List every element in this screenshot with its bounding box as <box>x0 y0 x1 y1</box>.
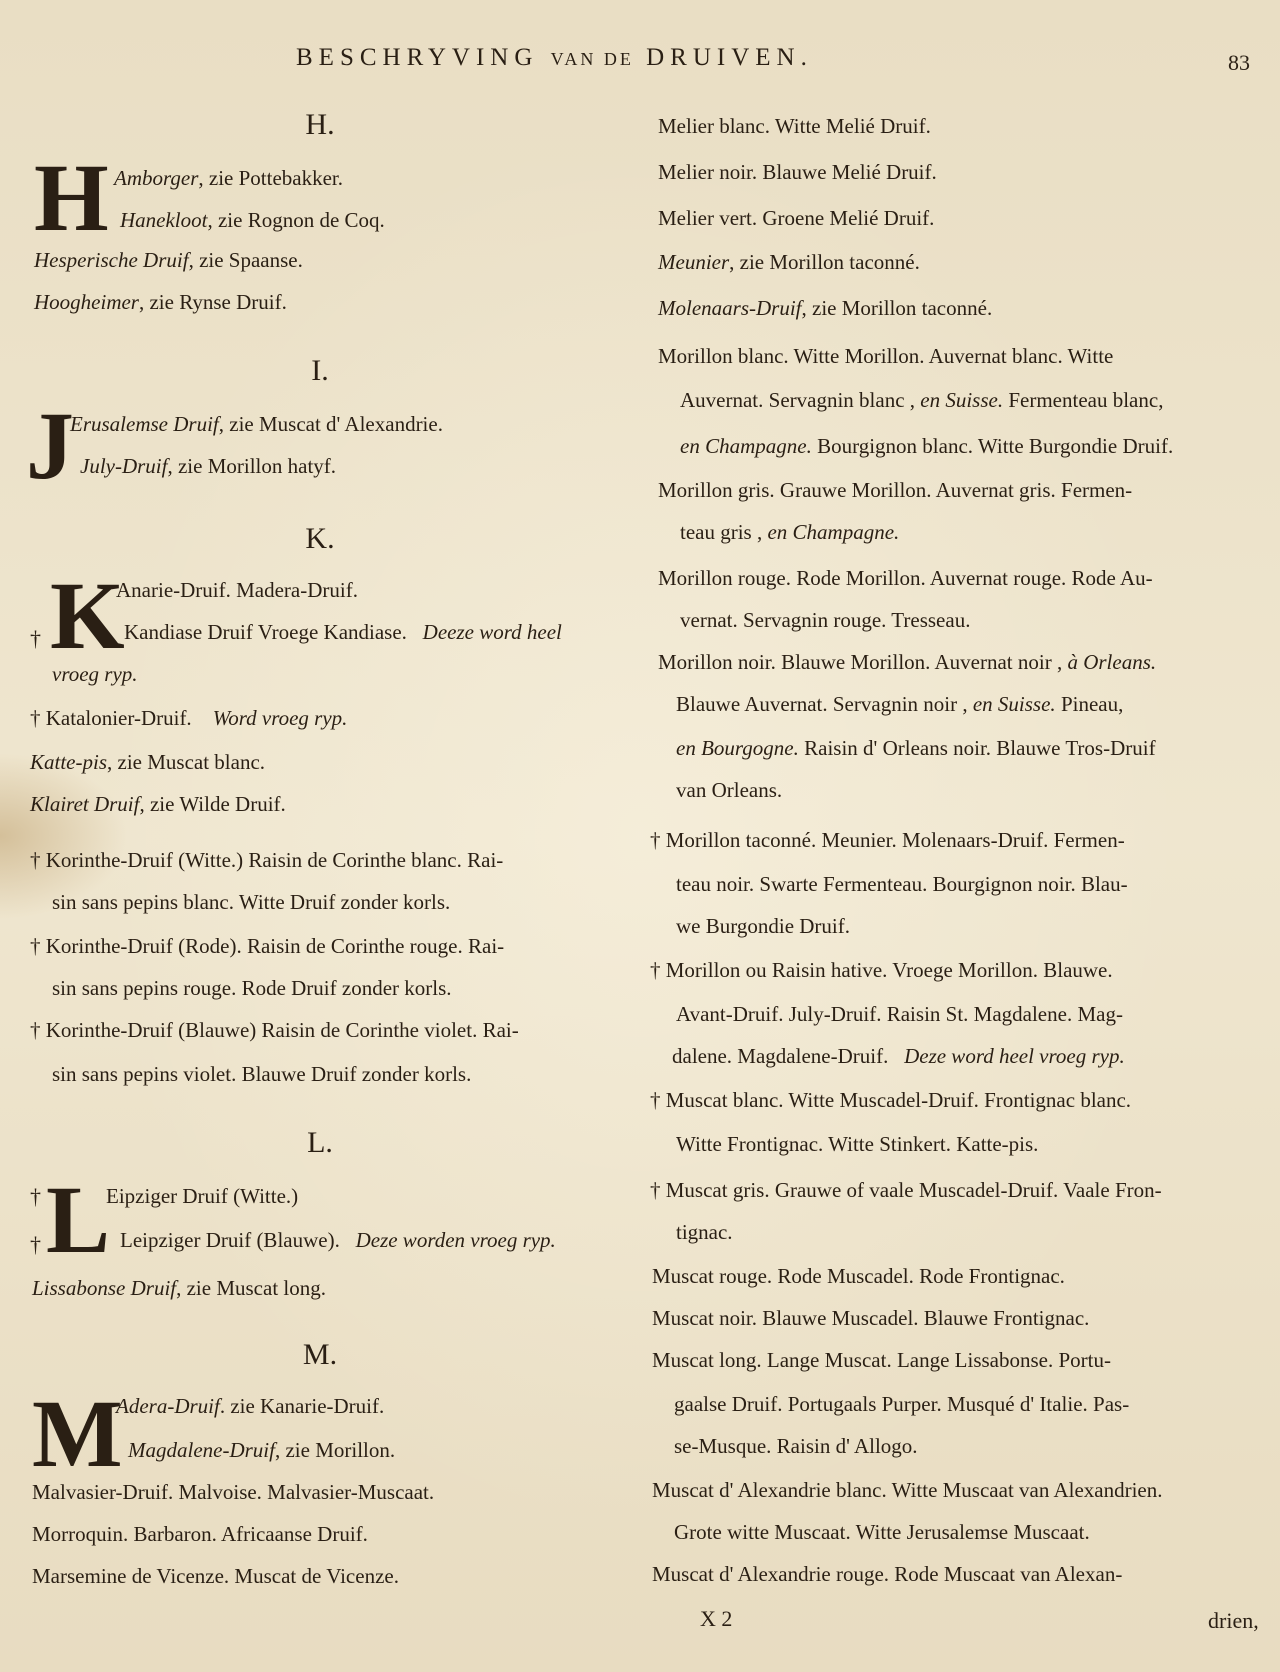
entry: Kandiase Druif Vroege Kandiase. Deeze wo… <box>124 618 562 646</box>
dropcap-j: J <box>26 406 74 486</box>
entry: Muscat d' Alexandrie rouge. Rode Muscaat… <box>652 1560 1122 1588</box>
entry-text: Morillon ou Raisin hative. Vroege Morill… <box>666 958 1113 982</box>
entry: Melier noir. Blauwe Melié Druif. <box>658 158 937 186</box>
entry: Magdalene-Druif, zie Morillon. <box>128 1436 395 1464</box>
entry: Morillon rouge. Rode Morillon. Auvernat … <box>658 564 1153 592</box>
entry: Eipziger Druif (Witte.) <box>106 1182 298 1210</box>
entry-term: Meunier <box>658 250 729 274</box>
entry: Muscat long. Lange Muscat. Lange Lissabo… <box>652 1346 1111 1374</box>
entry: Morillon noir. Blauwe Morillon. Auvernat… <box>658 648 1156 676</box>
dagger-mark: † <box>650 828 661 852</box>
entry: Hoogheimer, zie Rynse Druif. <box>34 288 287 316</box>
dagger-mark: † <box>30 706 41 730</box>
section-heading-i: I. <box>0 354 640 388</box>
running-title: BESCHRYVING VAN DE DRUIVEN. <box>296 44 813 72</box>
entry: sin sans pepins rouge. Rode Druif zonder… <box>52 974 452 1002</box>
entry-text: Bourgignon blanc. Witte Burgondie Druif. <box>812 434 1173 458</box>
entry: en Bourgogne. Raisin d' Orleans noir. Bl… <box>676 734 1156 762</box>
entry-text: Korinthe-Druif (Witte.) Raisin de Corint… <box>46 848 504 872</box>
entry-text: , zie Muscat blanc. <box>107 750 265 774</box>
title-word-beschryving: BESCHRYVING <box>296 44 538 71</box>
entry-note: en Suisse. <box>920 388 1003 412</box>
entry-note: en Champagne. <box>767 520 899 544</box>
section-heading-l: L. <box>0 1126 640 1160</box>
entry: Lissabonse Druif, zie Muscat long. <box>32 1274 326 1302</box>
entry-text: , zie Wilde Druif. <box>139 792 285 816</box>
entry-note: en Champagne. <box>680 434 812 458</box>
catchword: drien, <box>1208 1608 1259 1634</box>
entry: Leipziger Druif (Blauwe). Deze worden vr… <box>120 1226 556 1254</box>
entry: Muscat d' Alexandrie blanc. Witte Muscaa… <box>652 1476 1162 1504</box>
entry-text: , zie Muscat long. <box>176 1276 326 1300</box>
dagger-mark: † <box>650 958 661 982</box>
entry: † Katalonier-Druif. Word vroeg ryp. <box>30 704 347 732</box>
book-page: BESCHRYVING VAN DE DRUIVEN. 83 H. H Ambo… <box>0 0 1280 1672</box>
entry: Erusalemse Druif, zie Muscat d' Alexandr… <box>70 410 443 438</box>
page-number: 83 <box>1228 50 1250 76</box>
entry-text: Pineau, <box>1056 692 1124 716</box>
entry-note: Deeze word heel <box>423 620 562 644</box>
entry-note: Word vroeg ryp. <box>213 706 348 730</box>
entry: † Korinthe-Druif (Rode). Raisin de Corin… <box>30 932 504 960</box>
entry: vernat. Servagnin rouge. Tresseau. <box>680 606 970 634</box>
entry-text: , zie Rynse Druif. <box>139 290 287 314</box>
entry-term: Katte-pis <box>30 750 107 774</box>
entry: Auvernat. Servagnin blanc , en Suisse. F… <box>680 386 1163 414</box>
running-head: BESCHRYVING VAN DE DRUIVEN. 83 <box>0 44 1280 84</box>
entry-text: , zie Spaanse. <box>189 248 303 272</box>
printer-signature: X 2 <box>700 1606 732 1632</box>
entry-term: Magdalene-Druif <box>128 1438 275 1462</box>
entry-note: Deze worden vroeg ryp. <box>356 1228 556 1252</box>
entry: Morillon gris. Grauwe Morillon. Auvernat… <box>658 476 1132 504</box>
entry-text: , zie Morillon hatyf. <box>167 454 336 478</box>
entry: Muscat noir. Blauwe Muscadel. Blauwe Fro… <box>652 1304 1089 1332</box>
entry-term: Hesperische Druif <box>34 248 189 272</box>
entry-note: à Orleans. <box>1067 650 1156 674</box>
dropcap-k: K <box>50 576 125 656</box>
dropcap-m: M <box>32 1394 123 1474</box>
entry-note: vroeg ryp. <box>52 662 138 686</box>
dagger-mark: † <box>650 1088 661 1112</box>
section-heading-h: H. <box>0 108 640 142</box>
entry: vroeg ryp. <box>52 660 138 688</box>
entry: tignac. <box>676 1218 733 1246</box>
entry-note: Deze word heel vroeg ryp. <box>904 1044 1125 1068</box>
dagger-mark: † <box>30 626 41 652</box>
entry-term: Molenaars-Druif <box>658 296 802 320</box>
entry: dalene. Magdalene-Druif. Deze word heel … <box>672 1042 1125 1070</box>
entry: teau noir. Swarte Fermenteau. Bourgignon… <box>676 870 1128 898</box>
entry: teau gris , en Champagne. <box>680 518 899 546</box>
entry-text: , zie Morillon taconné. <box>802 296 993 320</box>
entry-text: Leipziger Druif (Blauwe). <box>120 1228 340 1252</box>
entry-term: Lissabonse Druif <box>32 1276 176 1300</box>
entry-text: Fermenteau blanc, <box>1003 388 1163 412</box>
entry: † Korinthe-Druif (Blauwe) Raisin de Cori… <box>30 1016 519 1044</box>
entry: Hanekloot, zie Rognon de Coq. <box>120 206 385 234</box>
dagger-mark: † <box>30 1018 41 1042</box>
entry: Melier blanc. Witte Melié Druif. <box>658 112 931 140</box>
entry: Anarie-Druif. Madera-Druif. <box>116 576 358 604</box>
entry: Hesperische Druif, zie Spaanse. <box>34 246 303 274</box>
entry-text: , zie Pottebakker. <box>198 166 343 190</box>
entry: we Burgondie Druif. <box>676 912 850 940</box>
entry: † Muscat gris. Grauwe of vaale Muscadel-… <box>650 1176 1162 1204</box>
entry-text: Muscat blanc. Witte Muscadel-Druif. Fron… <box>666 1088 1131 1112</box>
entry: Marsemine de Vicenze. Muscat de Vicenze. <box>32 1562 399 1590</box>
entry-text: Auvernat. Servagnin blanc , <box>680 388 915 412</box>
entry: Grote witte Muscaat. Witte Jerusalemse M… <box>674 1518 1090 1546</box>
dagger-mark: † <box>650 1178 661 1202</box>
entry: Amborger, zie Pottebakker. <box>114 164 343 192</box>
entry: Morroquin. Barbaron. Africaanse Druif. <box>32 1520 368 1548</box>
entry-text: , zie Morillon. <box>275 1438 395 1462</box>
entry: gaalse Druif. Portugaals Purper. Musqué … <box>674 1390 1129 1418</box>
dagger-mark: † <box>30 848 41 872</box>
entry-text: Korinthe-Druif (Rode). Raisin de Corinth… <box>46 934 504 958</box>
entry-term: Amborger <box>114 166 198 190</box>
entry-text: . zie Kanarie-Druif. <box>220 1394 384 1418</box>
entry-text: , zie Muscat d' Alexandrie. <box>219 412 443 436</box>
entry: Klairet Druif, zie Wilde Druif. <box>30 790 286 818</box>
entry-text: Morillon taconné. Meunier. Molenaars-Dru… <box>666 828 1125 852</box>
entry: Meunier, zie Morillon taconné. <box>658 248 920 276</box>
dagger-mark: † <box>30 934 41 958</box>
entry-text: Blauwe Auvernat. Servagnin noir , <box>676 692 968 716</box>
title-word-van-de: VAN DE <box>551 49 634 69</box>
entry: se-Musque. Raisin d' Allogo. <box>674 1432 918 1460</box>
entry-term: Hoogheimer <box>34 290 139 314</box>
entry-note: en Bourgogne. <box>676 736 799 760</box>
dagger-mark: † <box>30 1184 41 1210</box>
section-heading-m: M. <box>0 1338 640 1372</box>
entry-note: en Suisse. <box>973 692 1056 716</box>
entry: Morillon blanc. Witte Morillon. Auvernat… <box>658 342 1113 370</box>
entry-term: July-Druif <box>80 454 167 478</box>
entry: Muscat rouge. Rode Muscadel. Rode Fronti… <box>652 1262 1065 1290</box>
entry-term: Klairet Druif <box>30 792 139 816</box>
entry: Malvasier-Druif. Malvoise. Malvasier-Mus… <box>32 1478 434 1506</box>
entry-text: Katalonier-Druif. <box>46 706 192 730</box>
entry-text: Muscat gris. Grauwe of vaale Muscadel-Dr… <box>666 1178 1162 1202</box>
entry: July-Druif, zie Morillon hatyf. <box>80 452 336 480</box>
entry-term: Hanekloot <box>120 208 207 232</box>
entry: Katte-pis, zie Muscat blanc. <box>30 748 265 776</box>
entry: Blauwe Auvernat. Servagnin noir , en Sui… <box>676 690 1123 718</box>
entry-term: Erusalemse Druif <box>70 412 219 436</box>
entry-text: dalene. Magdalene-Druif. <box>672 1044 888 1068</box>
entry-text: teau gris , <box>680 520 762 544</box>
entry: Adera-Druif. zie Kanarie-Druif. <box>116 1392 384 1420</box>
entry: † Muscat blanc. Witte Muscadel-Druif. Fr… <box>650 1086 1131 1114</box>
entry: Melier vert. Groene Melié Druif. <box>658 204 934 232</box>
entry-text: Raisin d' Orleans noir. Blauwe Tros-Drui… <box>799 736 1156 760</box>
entry: Witte Frontignac. Witte Stinkert. Katte-… <box>676 1130 1038 1158</box>
entry-text: Morillon noir. Blauwe Morillon. Auvernat… <box>658 650 1062 674</box>
entry: † Morillon taconné. Meunier. Molenaars-D… <box>650 826 1125 854</box>
section-heading-k: K. <box>0 522 640 556</box>
entry-text: Kandiase Druif Vroege Kandiase. <box>124 620 407 644</box>
entry-text: , zie Morillon taconné. <box>729 250 920 274</box>
entry-text: Korinthe-Druif (Blauwe) Raisin de Corint… <box>46 1018 519 1042</box>
title-word-druiven: DRUIVEN. <box>646 44 813 71</box>
entry: sin sans pepins blanc. Witte Druif zonde… <box>52 888 450 916</box>
entry: sin sans pepins violet. Blauwe Druif zon… <box>52 1060 471 1088</box>
entry-text: , zie Rognon de Coq. <box>207 208 384 232</box>
entry: Molenaars-Druif, zie Morillon taconné. <box>658 294 992 322</box>
dropcap-h: H <box>34 158 109 238</box>
entry: en Champagne. Bourgignon blanc. Witte Bu… <box>680 432 1173 460</box>
entry: † Morillon ou Raisin hative. Vroege Mori… <box>650 956 1113 984</box>
entry: † Korinthe-Druif (Witte.) Raisin de Cori… <box>30 846 503 874</box>
entry: van Orleans. <box>676 776 782 804</box>
dagger-mark: † <box>30 1232 41 1258</box>
entry: Avant-Druif. July-Druif. Raisin St. Magd… <box>676 1000 1123 1028</box>
dropcap-l: L <box>46 1180 110 1260</box>
entry-term: Adera-Druif <box>116 1394 220 1418</box>
